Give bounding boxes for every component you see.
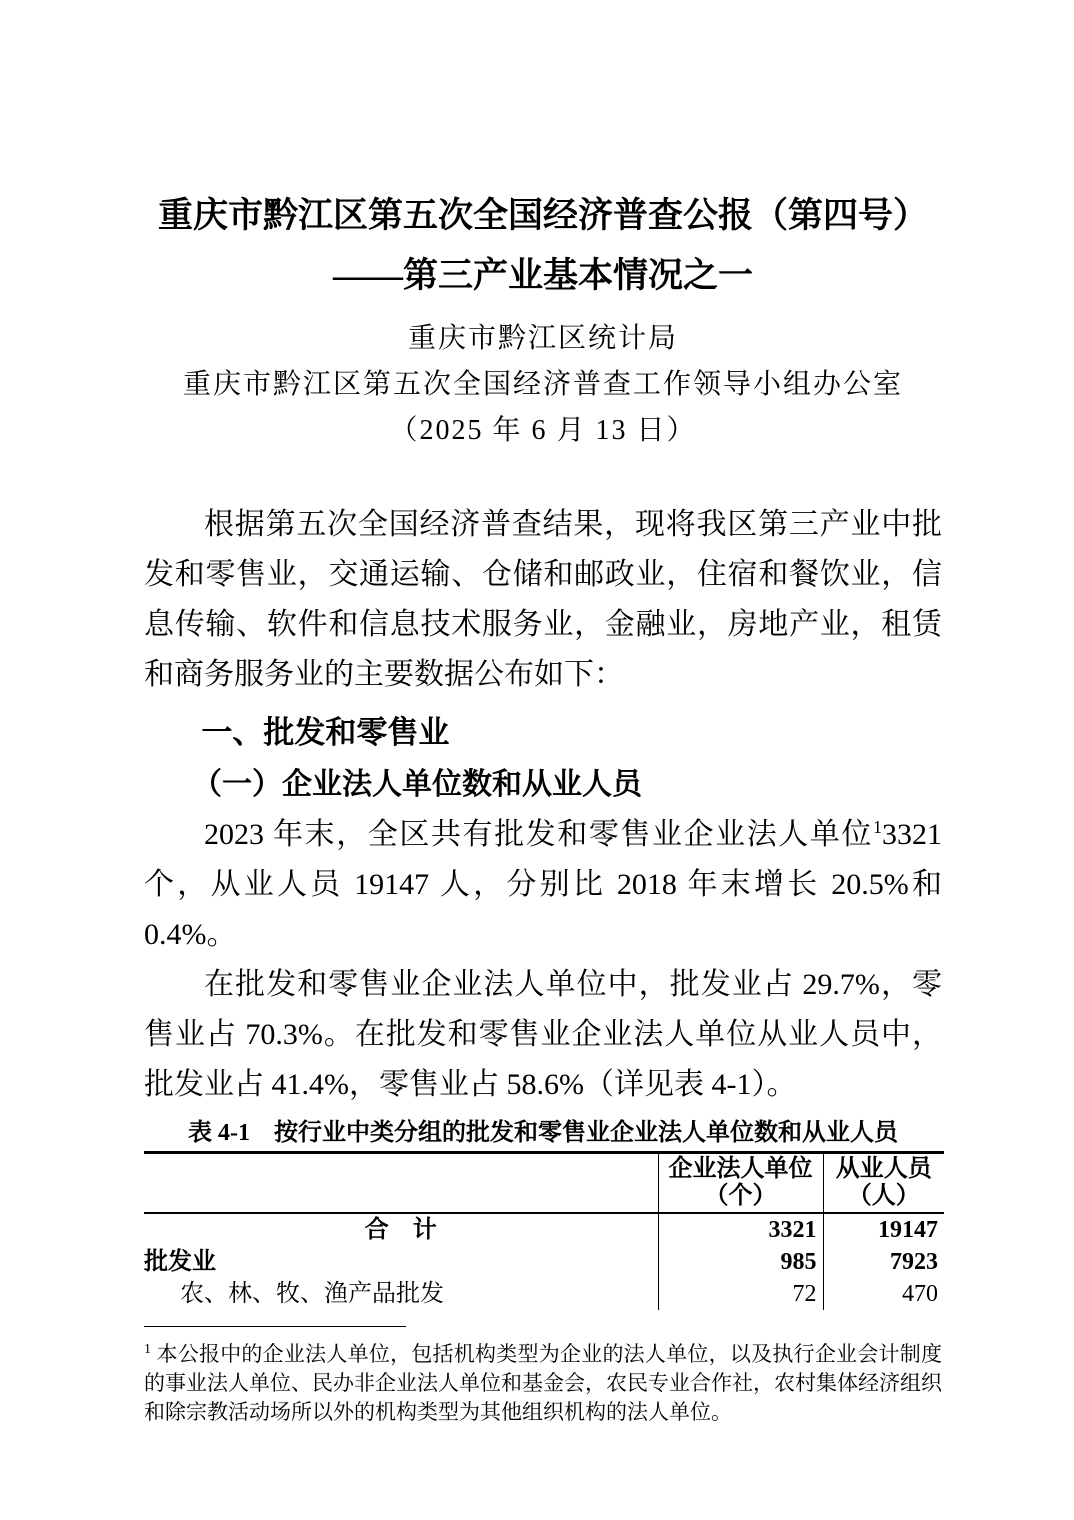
header-empty-cell bbox=[144, 1153, 658, 1214]
issuer-org-1: 重庆市黔江区统计局 bbox=[144, 316, 942, 362]
section-heading-wholesale-retail: 一、批发和零售业 bbox=[144, 708, 942, 758]
paragraph-units-prefix: 2023 年末，全区共有批发和零售业企业法人单位 bbox=[204, 818, 873, 851]
footnote-text: 本公报中的企业法人单位，包括机构类型为企业的法人单位，以及执行企业会计制度的事业… bbox=[144, 1342, 942, 1424]
document-title-line2: ——第三产业基本情况之一 bbox=[144, 246, 942, 306]
table-row: 合 计 3321 19147 bbox=[144, 1213, 944, 1246]
paragraph-share: 在批发和零售业企业法人单位中，批发业占 29.7%，零售业占 70.3%。在批发… bbox=[144, 960, 942, 1110]
document-title-line1: 重庆市黔江区第五次全国经济普查公报（第四号） bbox=[144, 186, 942, 246]
page-content: 重庆市黔江区第五次全国经济普查公报（第四号） ——第三产业基本情况之一 重庆市黔… bbox=[0, 0, 1074, 1427]
table-body: 合 计 3321 19147 批发业 985 7923 农、林、牧、渔产品批发 … bbox=[144, 1213, 944, 1310]
issuer-block: 重庆市黔江区统计局 重庆市黔江区第五次全国经济普查工作领导小组办公室 （2025… bbox=[144, 316, 942, 454]
row-label: 合 计 bbox=[144, 1213, 658, 1246]
industry-stats-table: 企业法人单位 （个） 从业人员 （人） 合 计 3321 19147 批发业 bbox=[144, 1151, 944, 1310]
row-label: 批发业 bbox=[144, 1246, 658, 1278]
units-value: 985 bbox=[658, 1246, 823, 1278]
table-caption: 表 4-1 按行业中类分组的批发和零售业企业法人单位数和从业人员 bbox=[144, 1118, 942, 1148]
table-row: 农、林、牧、渔产品批发 72 470 bbox=[144, 1278, 944, 1310]
footnote-divider bbox=[144, 1326, 406, 1327]
title-block: 重庆市黔江区第五次全国经济普查公报（第四号） ——第三产业基本情况之一 bbox=[144, 186, 942, 306]
units-value: 72 bbox=[658, 1278, 823, 1310]
header-employees: 从业人员 （人） bbox=[823, 1153, 944, 1214]
header-legal-units: 企业法人单位 （个） bbox=[658, 1153, 823, 1214]
footnote: 1 本公报中的企业法人单位，包括机构类型为企业的法人单位，以及执行企业会计制度的… bbox=[144, 1335, 942, 1427]
persons-value: 470 bbox=[823, 1278, 944, 1310]
footnote-reference: 1 bbox=[873, 817, 882, 837]
subsection-heading-legal-units: （一）企业法人单位数和从业人员 bbox=[144, 760, 942, 810]
table-header: 企业法人单位 （个） 从业人员 （人） bbox=[144, 1153, 944, 1214]
table-row: 批发业 985 7923 bbox=[144, 1246, 944, 1278]
units-value: 3321 bbox=[658, 1213, 823, 1246]
persons-value: 19147 bbox=[823, 1213, 944, 1246]
issuer-org-2: 重庆市黔江区第五次全国经济普查工作领导小组办公室 bbox=[144, 362, 942, 408]
row-label: 农、林、牧、渔产品批发 bbox=[144, 1278, 658, 1310]
document-page: 重庆市黔江区第五次全国经济普查公报（第四号） ——第三产业基本情况之一 重庆市黔… bbox=[0, 0, 1074, 1520]
intro-paragraph: 根据第五次全国经济普查结果，现将我区第三产业中批发和零售业，交通运输、仓储和邮政… bbox=[144, 500, 942, 700]
paragraph-units-count: 2023 年末，全区共有批发和零售业企业法人单位13321 个，从业人员 191… bbox=[144, 810, 942, 960]
persons-value: 7923 bbox=[823, 1246, 944, 1278]
publish-date: （2025 年 6 月 13 日） bbox=[144, 408, 942, 454]
footnote-marker: 1 bbox=[144, 1342, 151, 1357]
